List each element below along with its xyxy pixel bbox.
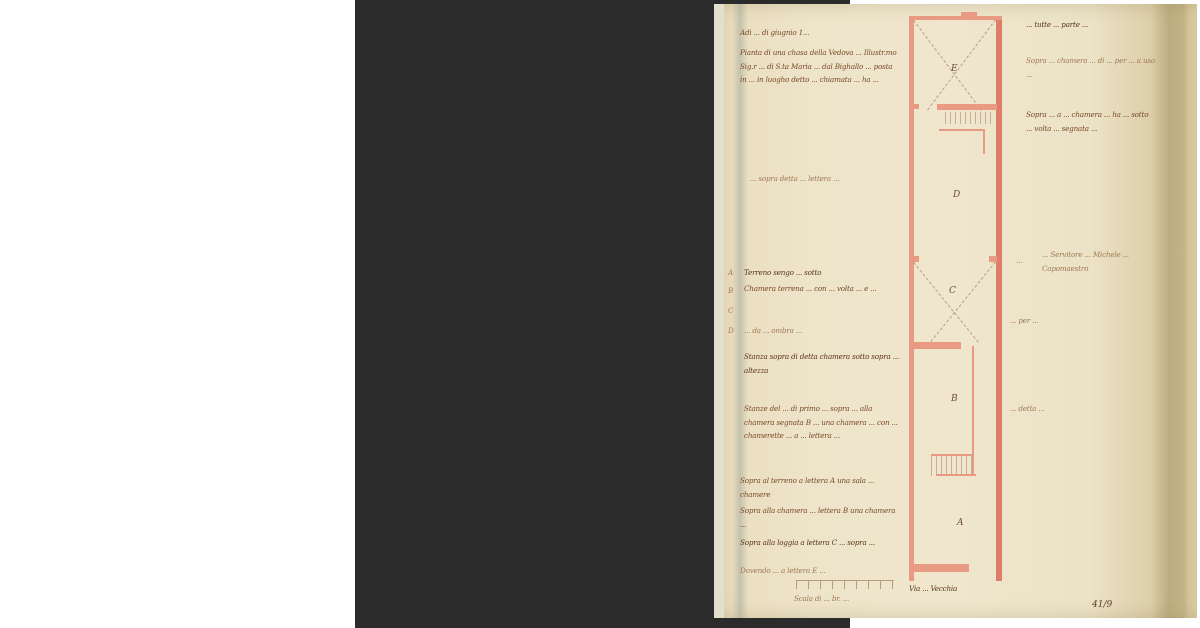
paragraph-sopra-chamera: Sopra alla chamera ... lettera B una cha… — [740, 504, 900, 532]
room-c-diagonal-2 — [930, 261, 996, 342]
water-stain-right — [1151, 4, 1187, 618]
paragraph-stanza-sopra: Stanza sopra di detta chamera sotto sopr… — [744, 350, 904, 380]
stairs-upper — [945, 112, 991, 124]
stairs-lower — [931, 456, 973, 476]
plan-wall-e-bottom-right — [937, 104, 997, 110]
floor-plan: E D C B A Via ... Vecchia — [909, 4, 1009, 579]
plan-wall-landing — [939, 129, 985, 131]
paragraph-2: ... sopra detta ... lettera ... — [750, 172, 900, 260]
paragraph-ombra: ... da ... ombra ... — [744, 324, 904, 338]
paragraph-terreno: Terreno sengo ... sotto — [744, 266, 904, 280]
paragraph-chamera-terrena: Chamera terrena ... con ... volta ... e … — [744, 282, 904, 322]
paragraph-stanze: Stanze del ... di primo ... sopra ... al… — [744, 402, 904, 472]
date-heading: Adi ... di giugnio 1... — [740, 26, 900, 40]
room-e-diagonal-1 — [913, 20, 982, 111]
plan-chimney — [961, 12, 977, 18]
scale-caption: Scala di ... br. ... — [794, 592, 904, 606]
room-label-d: D — [953, 190, 960, 200]
plan-wall-top — [909, 16, 1002, 20]
margin-letter-b: B — [728, 284, 733, 298]
paragraph-sopra-loggia: Sopra alla loggia a lettera C ... sopra … — [740, 536, 900, 564]
annotation-right-1: ... — [1016, 254, 1066, 268]
scan-frame: Adi ... di giugnio 1... Pianta di una ch… — [355, 0, 850, 628]
plan-wall-landing-side — [983, 129, 985, 154]
margin-letter-a: A — [728, 266, 733, 280]
room-e-diagonal-2 — [927, 19, 996, 110]
manuscript-sheet: Adi ... di giugnio 1... Pianta di una ch… — [714, 4, 1197, 618]
annotation-right-3: ... detta ... — [1010, 402, 1080, 416]
room-label-a: A — [957, 518, 964, 528]
plan-wall-left — [909, 16, 914, 581]
room-c-diagonal-1 — [913, 262, 979, 343]
paragraph-sopra-terreno: Sopra al terreno a lettera A una sala ..… — [740, 474, 900, 502]
room-label-b: B — [951, 394, 958, 404]
margin-letter-c: C — [728, 304, 733, 318]
right-paragraph-2: Sopra ... chamera ... di ... per ... a u… — [1026, 54, 1156, 100]
paragraph-lettera-e: Dovendo ... a lettera E ... — [740, 564, 900, 578]
margin-letter-d: D — [728, 324, 734, 338]
room-label-c: C — [949, 286, 956, 296]
annotation-right-2: ... per ... — [1010, 314, 1060, 328]
plan-wall-b-top — [909, 342, 961, 349]
right-paragraph-1: ... tutte ... parte ... — [1026, 18, 1156, 50]
plan-wall-right — [996, 16, 1002, 581]
room-label-e: E — [951, 64, 958, 74]
street-label: Via ... Vecchia — [909, 582, 1009, 596]
binding-strip — [714, 4, 724, 618]
right-paragraph-3: Sopra ... a ... chamera ... ha ... sotto… — [1026, 108, 1156, 228]
plan-wall-a-top — [936, 474, 976, 476]
scale-bar — [796, 580, 894, 589]
intro-paragraph: Pianta di una chasa della Vedova ... Ill… — [740, 46, 900, 166]
plan-wall-front — [909, 564, 969, 572]
plan-wall-e-bottom-left — [909, 104, 919, 109]
folio-number: 41/9 — [1092, 600, 1112, 610]
